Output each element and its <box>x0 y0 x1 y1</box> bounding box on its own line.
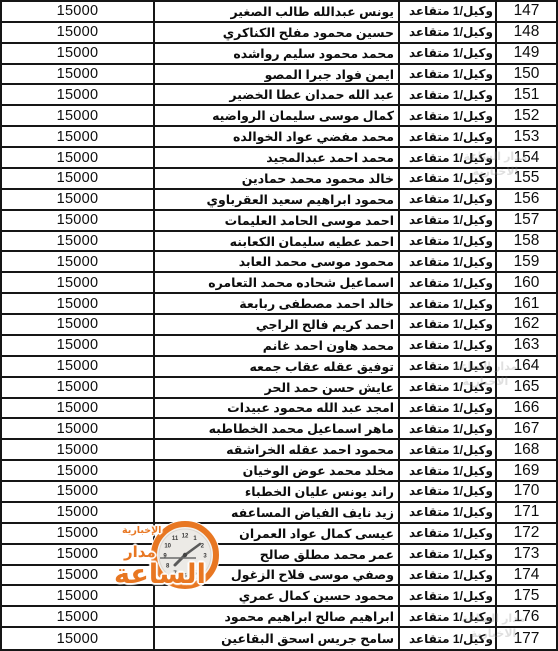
row-number-cell: 164 <box>497 357 556 376</box>
amount-cell: 15000 <box>2 148 155 167</box>
rank-cell: وكيل/1 متقاعد <box>400 65 497 84</box>
table-row: 15000 احمد كريم فالح الراجي وكيل/1 متقاع… <box>2 315 556 336</box>
name-cell: راند يونس عليان الخطباء <box>155 482 400 501</box>
table-row: 15000 ماهر اسماعيل محمد الخطاطبه وكيل/1 … <box>2 419 556 440</box>
table-row: 15000 محمد هاون احمد غانم وكيل/1 متقاعد … <box>2 336 556 357</box>
rank-cell: وكيل/1 متقاعد <box>400 23 497 42</box>
amount-cell: 15000 <box>2 566 155 585</box>
table-row: 15000 محمود ابراهيم سعيد العقرباوي وكيل/… <box>2 190 556 211</box>
rank-cell: وكيل/1 متقاعد <box>400 169 497 188</box>
row-number-cell: 161 <box>497 294 556 313</box>
row-number-cell: 173 <box>497 545 556 564</box>
row-number-cell: 166 <box>497 399 556 418</box>
name-cell: وصفي موسى فلاح الزغول <box>155 566 400 585</box>
row-number-cell: 148 <box>497 23 556 42</box>
name-cell: محمد محمود سليم رواشده <box>155 44 400 63</box>
row-number-cell: 155 <box>497 169 556 188</box>
row-number-cell: 152 <box>497 106 556 125</box>
rank-cell: وكيل/1 متقاعد <box>400 190 497 209</box>
name-cell: محمود احمد عقله الخراشقه <box>155 440 400 459</box>
rank-cell: وكيل/1 متقاعد <box>400 586 497 605</box>
name-cell: عايش حسن حمد الحر <box>155 378 400 397</box>
name-cell: سامح جريس اسحق البقاعين <box>155 628 400 649</box>
table-row: 15000 حسين محمود مفلح الكناكري وكيل/1 مت… <box>2 23 556 44</box>
rank-cell: وكيل/1 متقاعد <box>400 106 497 125</box>
table-row: 15000 خالد محمود محمد حمادين وكيل/1 متقا… <box>2 169 556 190</box>
table-row: 15000 يونس عبدالله طالب الصغير وكيل/1 مت… <box>2 2 556 23</box>
amount-cell: 15000 <box>2 211 155 230</box>
row-number-cell: 168 <box>497 440 556 459</box>
amount-cell: 15000 <box>2 106 155 125</box>
rank-cell: وكيل/1 متقاعد <box>400 378 497 397</box>
table-row: 15000 ايمن فواد جبرا المصو وكيل/1 متقاعد… <box>2 65 556 86</box>
rank-cell: وكيل/1 متقاعد <box>400 419 497 438</box>
amount-cell: 15000 <box>2 169 155 188</box>
rank-cell: وكيل/1 متقاعد <box>400 273 497 292</box>
amount-cell: 15000 <box>2 440 155 459</box>
name-cell: زيد نايف الفياض المساعفه <box>155 503 400 522</box>
name-cell: ابراهيم صالح ابراهيم محمود <box>155 607 400 626</box>
name-cell: محمد مفضي عواد الخوالده <box>155 127 400 146</box>
table-row: 15000 احمد موسى الحامد العليمات وكيل/1 م… <box>2 211 556 232</box>
retirees-payment-table: 15000 يونس عبدالله طالب الصغير وكيل/1 مت… <box>0 0 558 651</box>
rank-cell: وكيل/1 متقاعد <box>400 252 497 271</box>
table-row: 15000 وصفي موسى فلاح الزغول وكيل/1 متقاع… <box>2 566 556 587</box>
name-cell: احمد عطيه سليمان الكعابنه <box>155 232 400 251</box>
row-number-cell: 150 <box>497 65 556 84</box>
name-cell: خالد محمود محمد حمادين <box>155 169 400 188</box>
name-cell: كمال موسى سليمان الرواضيه <box>155 106 400 125</box>
row-number-cell: 157 <box>497 211 556 230</box>
table-row: 15000 سامح جريس اسحق البقاعين وكيل/1 متق… <box>2 628 556 649</box>
rank-cell: وكيل/1 متقاعد <box>400 524 497 543</box>
table-row: 15000 عيسى كمال عواد العمران وكيل/1 متقا… <box>2 524 556 545</box>
row-number-cell: 159 <box>497 252 556 271</box>
table-row: 15000 زيد نايف الفياض المساعفه وكيل/1 مت… <box>2 503 556 524</box>
table-row: 15000 احمد عطيه سليمان الكعابنه وكيل/1 م… <box>2 232 556 253</box>
row-number-cell: 162 <box>497 315 556 334</box>
amount-cell: 15000 <box>2 65 155 84</box>
rank-cell: وكيل/1 متقاعد <box>400 566 497 585</box>
row-number-cell: 165 <box>497 378 556 397</box>
rank-cell: وكيل/1 متقاعد <box>400 294 497 313</box>
name-cell: محمود موسى محمد العابد <box>155 252 400 271</box>
table-row: 15000 محمد احمد عبدالمجيد وكيل/1 متقاعد … <box>2 148 556 169</box>
rank-cell: وكيل/1 متقاعد <box>400 461 497 480</box>
row-number-cell: 169 <box>497 461 556 480</box>
name-cell: عيسى كمال عواد العمران <box>155 524 400 543</box>
amount-cell: 15000 <box>2 419 155 438</box>
name-cell: ايمن فواد جبرا المصو <box>155 65 400 84</box>
rank-cell: وكيل/1 متقاعد <box>400 148 497 167</box>
rank-cell: وكيل/1 متقاعد <box>400 503 497 522</box>
name-cell: يونس عبدالله طالب الصغير <box>155 2 400 21</box>
name-cell: محمود ابراهيم سعيد العقرباوي <box>155 190 400 209</box>
amount-cell: 15000 <box>2 357 155 376</box>
table-row: 15000 راند يونس عليان الخطباء وكيل/1 متق… <box>2 482 556 503</box>
row-number-cell: 156 <box>497 190 556 209</box>
row-number-cell: 177 <box>497 628 556 649</box>
document-page: 15000 يونس عبدالله طالب الصغير وكيل/1 مت… <box>0 0 558 651</box>
table-row: 15000 امجد عبد الله محمود عبيدات وكيل/1 … <box>2 399 556 420</box>
rank-cell: وكيل/1 متقاعد <box>400 628 497 649</box>
table-row: 15000 عمر محمد مطلق صالح وكيل/1 متقاعد 1… <box>2 545 556 566</box>
table-row: 15000 كمال موسى سليمان الرواضيه وكيل/1 م… <box>2 106 556 127</box>
row-number-cell: 158 <box>497 232 556 251</box>
amount-cell: 15000 <box>2 628 155 649</box>
row-number-cell: 160 <box>497 273 556 292</box>
amount-cell: 15000 <box>2 336 155 355</box>
rank-cell: وكيل/1 متقاعد <box>400 211 497 230</box>
table-row: 15000 ابراهيم صالح ابراهيم محمود وكيل/1 … <box>2 607 556 628</box>
amount-cell: 15000 <box>2 607 155 626</box>
amount-cell: 15000 <box>2 545 155 564</box>
amount-cell: 15000 <box>2 461 155 480</box>
amount-cell: 15000 <box>2 127 155 146</box>
amount-cell: 15000 <box>2 482 155 501</box>
row-number-cell: 176 <box>497 607 556 626</box>
table-row: 15000 مخلد محمد عوض الوخيان وكيل/1 متقاع… <box>2 461 556 482</box>
name-cell: محمود حسين كمال عمري <box>155 586 400 605</box>
amount-cell: 15000 <box>2 252 155 271</box>
rank-cell: وكيل/1 متقاعد <box>400 607 497 626</box>
table-row: 15000 عبد الله حمدان عطا الخضير وكيل/1 م… <box>2 85 556 106</box>
amount-cell: 15000 <box>2 378 155 397</box>
name-cell: مخلد محمد عوض الوخيان <box>155 461 400 480</box>
name-cell: عمر محمد مطلق صالح <box>155 545 400 564</box>
name-cell: حسين محمود مفلح الكناكري <box>155 23 400 42</box>
table-row: 15000 عايش حسن حمد الحر وكيل/1 متقاعد 16… <box>2 378 556 399</box>
rank-cell: وكيل/1 متقاعد <box>400 336 497 355</box>
row-number-cell: 170 <box>497 482 556 501</box>
row-number-cell: 172 <box>497 524 556 543</box>
amount-cell: 15000 <box>2 232 155 251</box>
name-cell: خالد احمد مصطفى ربابعة <box>155 294 400 313</box>
table-row: 15000 محمود احمد عقله الخراشقه وكيل/1 مت… <box>2 440 556 461</box>
row-number-cell: 174 <box>497 566 556 585</box>
name-cell: احمد موسى الحامد العليمات <box>155 211 400 230</box>
rank-cell: وكيل/1 متقاعد <box>400 2 497 21</box>
amount-cell: 15000 <box>2 23 155 42</box>
name-cell: ماهر اسماعيل محمد الخطاطبه <box>155 419 400 438</box>
row-number-cell: 175 <box>497 586 556 605</box>
amount-cell: 15000 <box>2 399 155 418</box>
amount-cell: 15000 <box>2 85 155 104</box>
table-row: 15000 محمود حسين كمال عمري وكيل/1 متقاعد… <box>2 586 556 607</box>
name-cell: محمد احمد عبدالمجيد <box>155 148 400 167</box>
table-row: 15000 توفيق عقله عقاب جمعه وكيل/1 متقاعد… <box>2 357 556 378</box>
row-number-cell: 167 <box>497 419 556 438</box>
rank-cell: وكيل/1 متقاعد <box>400 545 497 564</box>
table-row: 15000 محمد محمود سليم رواشده وكيل/1 متقا… <box>2 44 556 65</box>
rank-cell: وكيل/1 متقاعد <box>400 482 497 501</box>
name-cell: اسماعيل شحاده محمد التعامره <box>155 273 400 292</box>
name-cell: توفيق عقله عقاب جمعه <box>155 357 400 376</box>
rank-cell: وكيل/1 متقاعد <box>400 127 497 146</box>
row-number-cell: 153 <box>497 127 556 146</box>
rank-cell: وكيل/1 متقاعد <box>400 44 497 63</box>
rank-cell: وكيل/1 متقاعد <box>400 440 497 459</box>
amount-cell: 15000 <box>2 273 155 292</box>
rank-cell: وكيل/1 متقاعد <box>400 399 497 418</box>
name-cell: احمد كريم فالح الراجي <box>155 315 400 334</box>
name-cell: امجد عبد الله محمود عبيدات <box>155 399 400 418</box>
amount-cell: 15000 <box>2 586 155 605</box>
table-row: 15000 خالد احمد مصطفى ربابعة وكيل/1 متقا… <box>2 294 556 315</box>
rank-cell: وكيل/1 متقاعد <box>400 315 497 334</box>
amount-cell: 15000 <box>2 503 155 522</box>
amount-cell: 15000 <box>2 190 155 209</box>
rank-cell: وكيل/1 متقاعد <box>400 85 497 104</box>
rank-cell: وكيل/1 متقاعد <box>400 232 497 251</box>
name-cell: عبد الله حمدان عطا الخضير <box>155 85 400 104</box>
row-number-cell: 163 <box>497 336 556 355</box>
row-number-cell: 154 <box>497 148 556 167</box>
row-number-cell: 151 <box>497 85 556 104</box>
rank-cell: وكيل/1 متقاعد <box>400 357 497 376</box>
name-cell: محمد هاون احمد غانم <box>155 336 400 355</box>
table-row: 15000 محمود موسى محمد العابد وكيل/1 متقا… <box>2 252 556 273</box>
amount-cell: 15000 <box>2 294 155 313</box>
row-number-cell: 147 <box>497 2 556 21</box>
amount-cell: 15000 <box>2 524 155 543</box>
table-row: 15000 محمد مفضي عواد الخوالده وكيل/1 متق… <box>2 127 556 148</box>
amount-cell: 15000 <box>2 315 155 334</box>
row-number-cell: 149 <box>497 44 556 63</box>
amount-cell: 15000 <box>2 2 155 21</box>
table-row: 15000 اسماعيل شحاده محمد التعامره وكيل/1… <box>2 273 556 294</box>
amount-cell: 15000 <box>2 44 155 63</box>
row-number-cell: 171 <box>497 503 556 522</box>
